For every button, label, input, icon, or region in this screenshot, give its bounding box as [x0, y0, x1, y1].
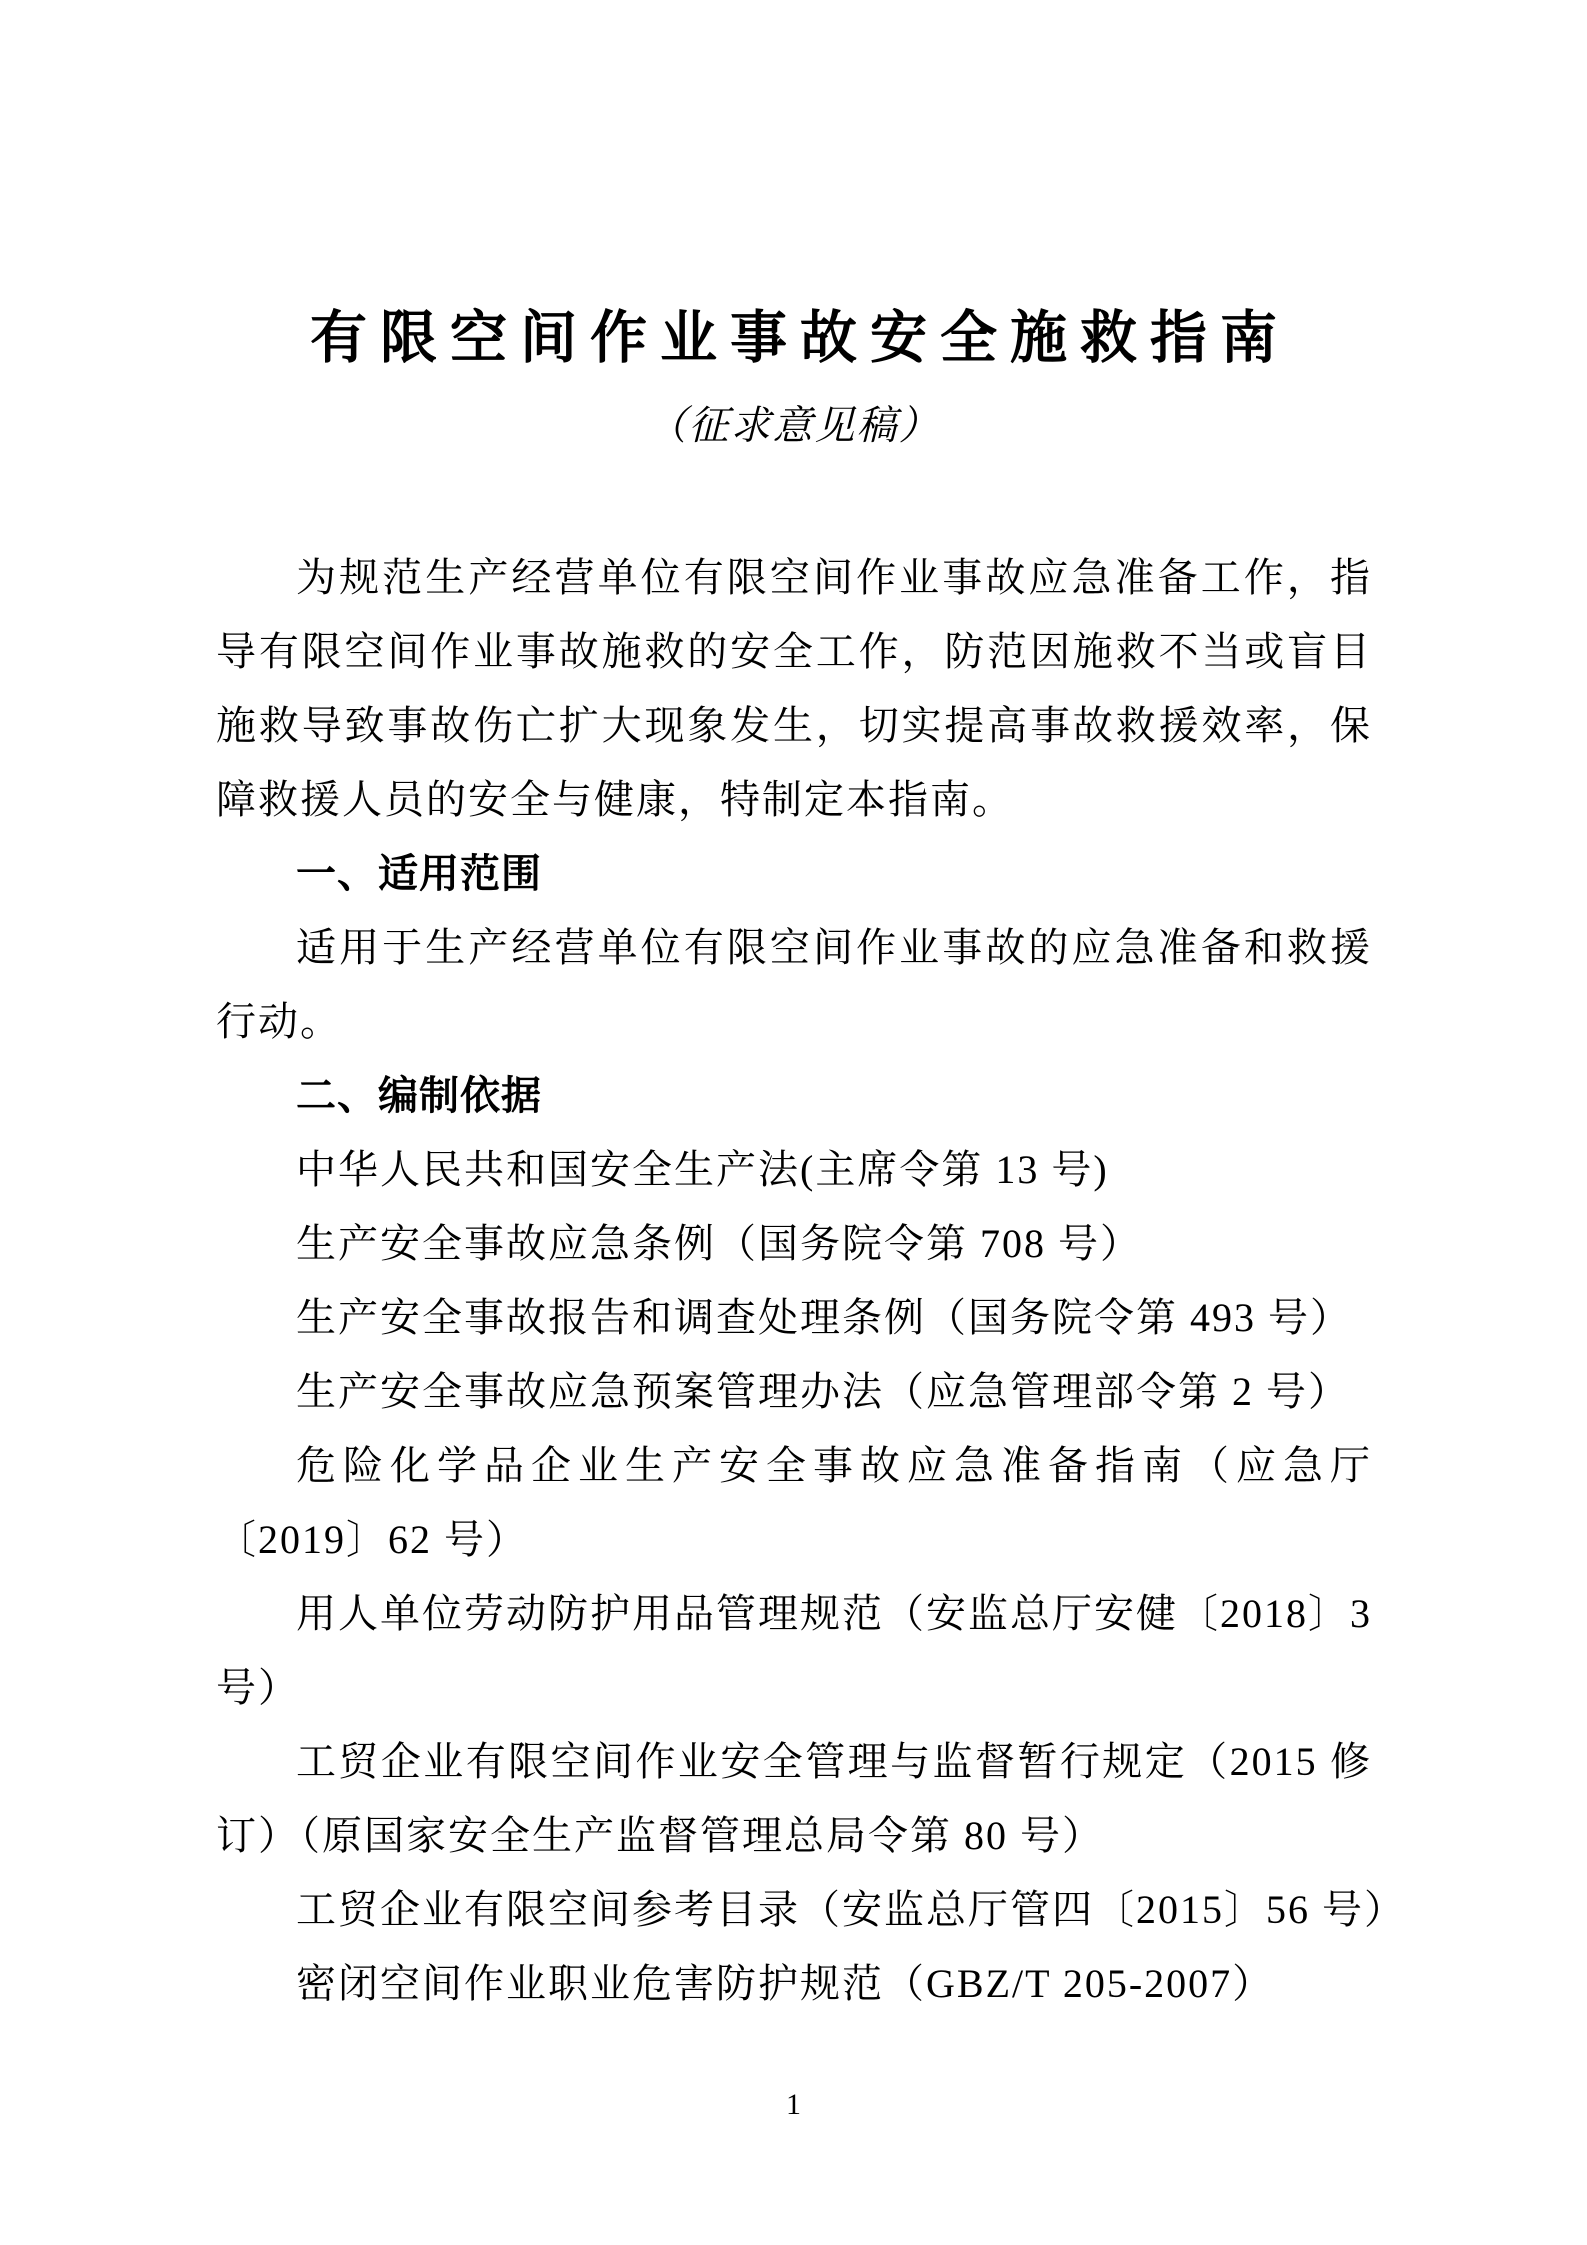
text-line: 中华人民共和国安全生产法(主席令第 13 号) — [216, 1133, 1372, 1207]
text-line: 密闭空间作业职业危害防护规范（GBZ/T 205-2007） — [216, 1947, 1372, 2021]
document-page: 有限空间作业事故安全施救指南 （征求意见稿） 为规范生产经营单位有限空间作业事故… — [0, 0, 1587, 2245]
text-line: 危险化学品企业生产安全事故应急准备指南（应急厅 — [216, 1429, 1372, 1503]
text-line: 导有限空间作业事故施救的安全工作，防范因施救不当或盲目 — [216, 615, 1372, 689]
page-number: 1 — [0, 2086, 1587, 2124]
text-line: 工贸企业有限空间参考目录（安监总厅管四〔2015〕56 号） — [216, 1873, 1372, 1947]
text-line: 适用于生产经营单位有限空间作业事故的应急准备和救援 — [216, 911, 1372, 985]
document-title: 有限空间作业事故安全施救指南 — [0, 300, 1587, 378]
section-heading: 一、适用范围 — [216, 837, 1372, 911]
section-heading: 二、编制依据 — [216, 1059, 1372, 1133]
text-line: 施救导致事故伤亡扩大现象发生，切实提高事故救援效率，保 — [216, 689, 1372, 763]
text-line: 号） — [216, 1651, 1372, 1725]
text-line: 障救援人员的安全与健康，特制定本指南。 — [216, 763, 1372, 837]
text-line: 为规范生产经营单位有限空间作业事故应急准备工作，指 — [216, 541, 1372, 615]
text-line: 订）（原国家安全生产监督管理总局令第 80 号） — [216, 1799, 1372, 1873]
text-line: 〔2019〕62 号） — [216, 1503, 1372, 1577]
text-line: 生产安全事故应急预案管理办法（应急管理部令第 2 号） — [216, 1355, 1372, 1429]
text-line: 用人单位劳动防护用品管理规范（安监总厅安健〔2018〕3 — [216, 1577, 1372, 1651]
text-line: 生产安全事故报告和调查处理条例（国务院令第 493 号） — [216, 1281, 1372, 1355]
document-body: 为规范生产经营单位有限空间作业事故应急准备工作，指导有限空间作业事故施救的安全工… — [216, 541, 1372, 2021]
text-line: 工贸企业有限空间作业安全管理与监督暂行规定（2015 修 — [216, 1725, 1372, 1799]
document-subtitle: （征求意见稿） — [0, 398, 1587, 454]
text-line: 行动。 — [216, 985, 1372, 1059]
text-line: 生产安全事故应急条例（国务院令第 708 号） — [216, 1207, 1372, 1281]
